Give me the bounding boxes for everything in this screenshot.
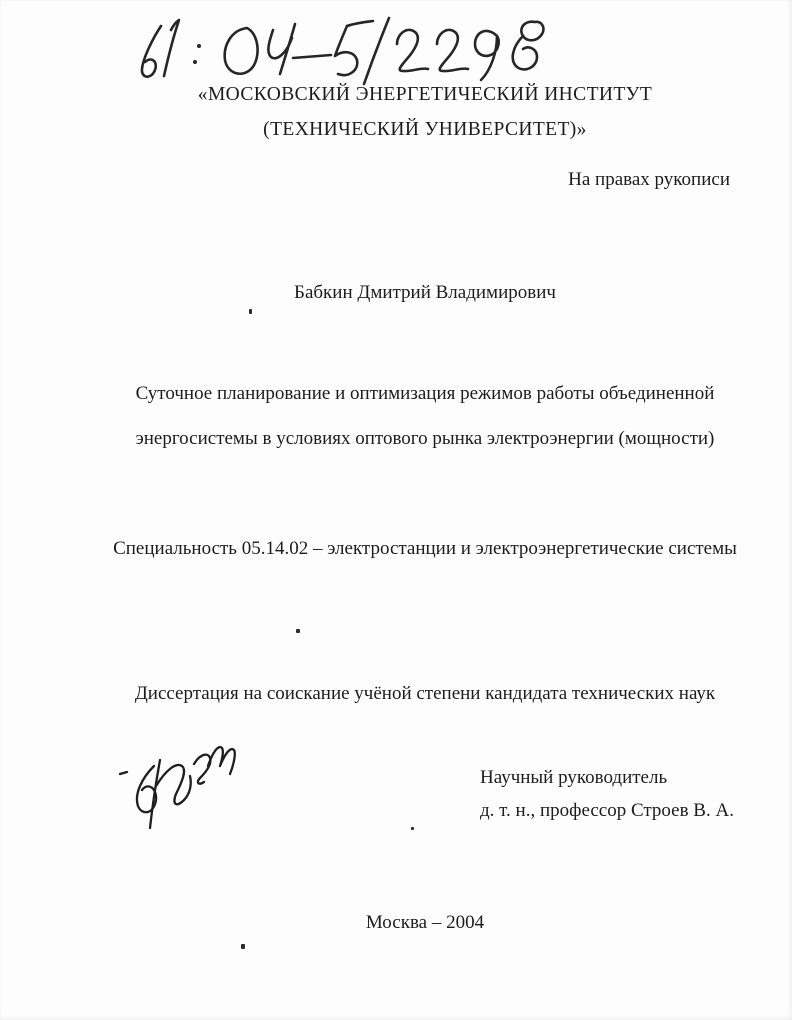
supervisor-name: д. т. н., профессор Строев В. А.	[480, 794, 734, 827]
scan-speck	[296, 629, 300, 633]
scan-speck	[411, 827, 414, 830]
institute-line-2: (ТЕХНИЧЕСКИЙ УНИВЕРСИТЕТ)»	[58, 112, 792, 147]
specialty-line: Специальность 05.14.02 – электростанции …	[58, 537, 792, 560]
signature-handwriting-icon	[116, 726, 244, 838]
author-name: Бабкин Дмитрий Владимирович	[58, 281, 792, 304]
institute-name: «МОСКОВСКИЙ ЭНЕРГЕТИЧЕСКИЙ ИНСТИТУТ (ТЕХ…	[58, 77, 792, 147]
scan-speck	[241, 944, 245, 949]
supervisor-label: Научный руководитель	[480, 761, 734, 794]
dissertation-title: Суточное планирование и оптимизация режи…	[58, 371, 792, 461]
institute-line-1: «МОСКОВСКИЙ ЭНЕРГЕТИЧЕСКИЙ ИНСТИТУТ	[58, 77, 792, 112]
manuscript-rights-note: На правах рукописи	[568, 169, 730, 191]
supervisor-block: Научный руководитель д. т. н., профессор…	[480, 761, 734, 827]
title-line-2: энергосистемы в условиях оптового рынка …	[58, 416, 792, 461]
scan-speck	[249, 309, 252, 314]
scanned-title-page: «МОСКОВСКИЙ ЭНЕРГЕТИЧЕСКИЙ ИНСТИТУТ (ТЕХ…	[0, 0, 792, 1020]
dissertation-type-line: Диссертация на соискание учёной степени …	[58, 682, 792, 705]
title-line-1: Суточное планирование и оптимизация режи…	[58, 371, 792, 416]
city-year: Москва – 2004	[58, 911, 792, 934]
